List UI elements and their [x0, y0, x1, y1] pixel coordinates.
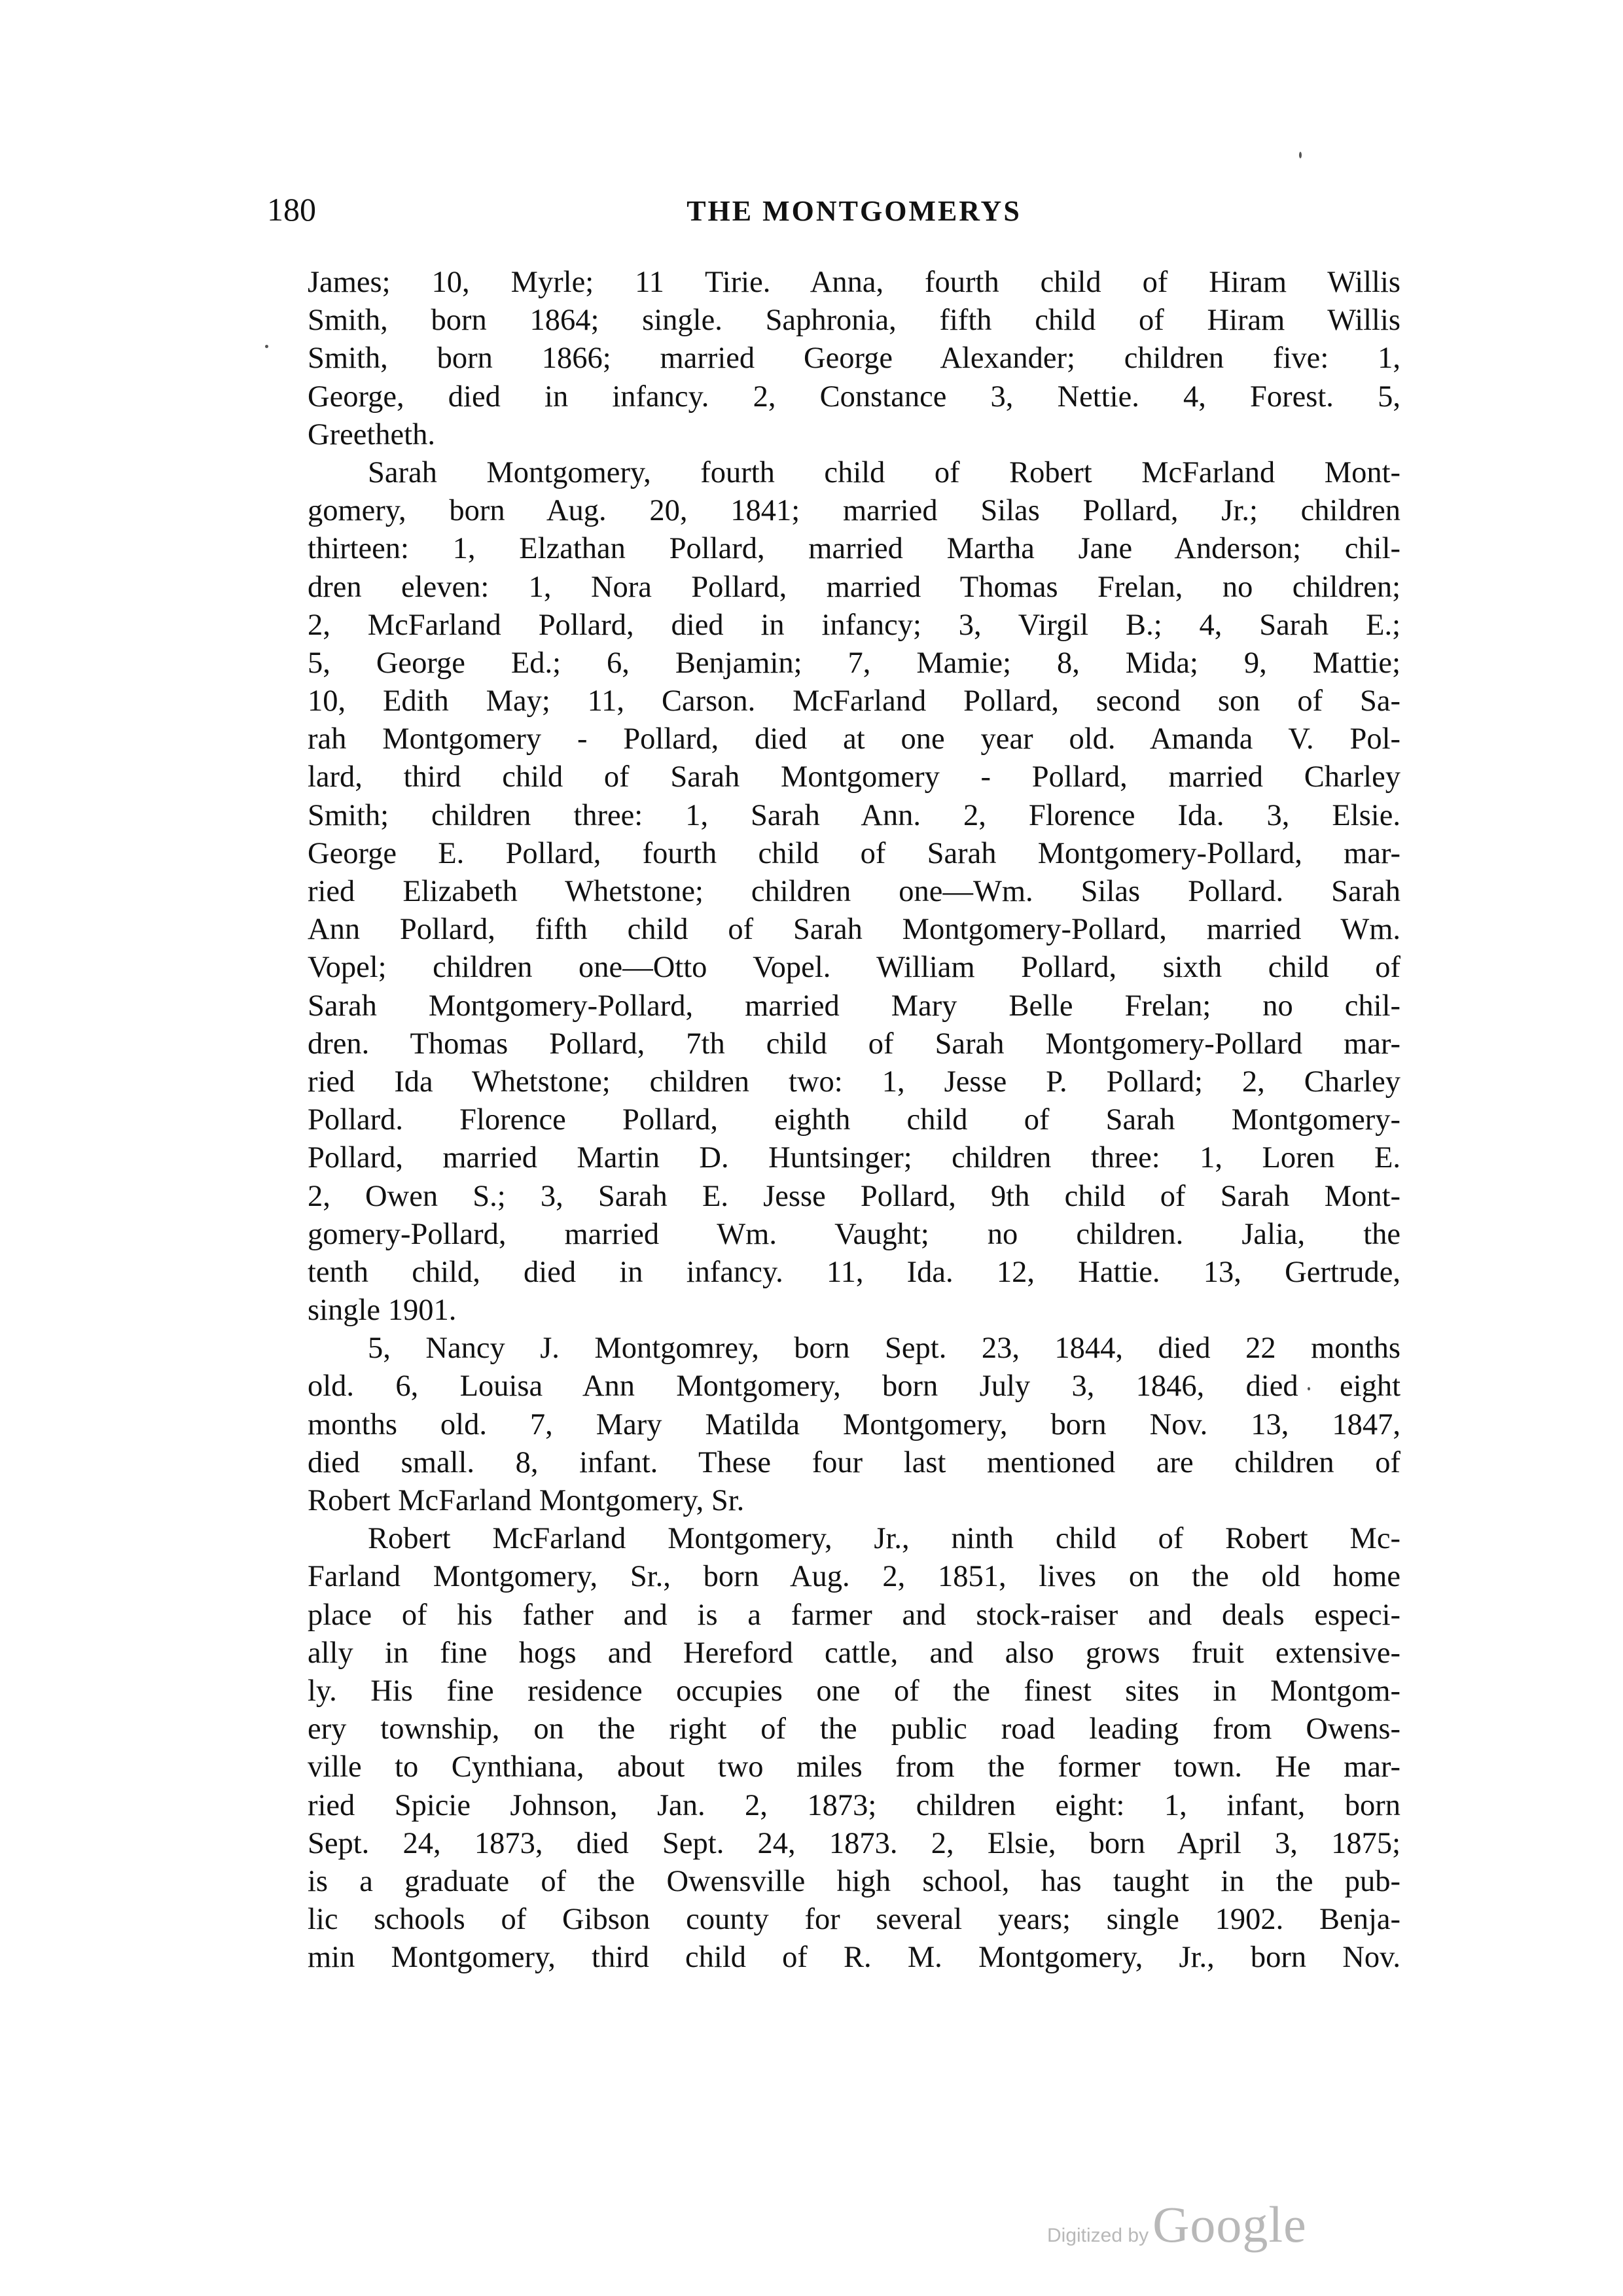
text-line: Pollard. Florence Pollard, eighth child …: [308, 1101, 1400, 1139]
text-line: lard, third child of Sarah Montgomery - …: [308, 758, 1400, 796]
text-line: single 1901.: [308, 1292, 1400, 1330]
text-line: is a graduate of the Owensville high sch…: [308, 1863, 1400, 1901]
google-logo: Google: [1152, 2196, 1307, 2253]
text-line: Greetheth.: [308, 416, 1400, 454]
text-line: died small. 8, infant. These four last m…: [308, 1444, 1400, 1482]
scan-speck: [1299, 152, 1302, 158]
text-line: dren. Thomas Pollard, 7th child of Sarah…: [308, 1025, 1400, 1063]
text-line: ried Ida Whetstone; children two: 1, Jes…: [308, 1063, 1400, 1101]
text-line: 2, Owen S.; 3, Sarah E. Jesse Pollard, 9…: [308, 1178, 1400, 1216]
scan-speck: [265, 345, 268, 348]
text-line: ly. His fine residence occupies one of t…: [308, 1672, 1400, 1710]
text-line: rah Montgomery - Pollard, died at one ye…: [308, 720, 1400, 758]
text-line: tenth child, died in infancy. 11, Ida. 1…: [308, 1254, 1400, 1292]
text-line: 2, McFarland Pollard, died in infancy; 3…: [308, 607, 1400, 645]
text-line: Smith; children three: 1, Sarah Ann. 2, …: [308, 797, 1400, 835]
text-line: ried Spicie Johnson, Jan. 2, 1873; child…: [308, 1787, 1400, 1825]
text-line: 5, Nancy J. Montgomrey, born Sept. 23, 1…: [308, 1330, 1400, 1368]
text-line: ried Elizabeth Whetstone; children one—W…: [308, 873, 1400, 911]
text-line: James; 10, Myrle; 11 Tirie. Anna, fourth…: [308, 264, 1400, 302]
text-line: lic schools of Gibson county for several…: [308, 1901, 1400, 1939]
text-line: 10, Edith May; 11, Carson. McFarland Pol…: [308, 682, 1400, 720]
text-line: Smith, born 1864; single. Saphronia, fif…: [308, 302, 1400, 340]
text-line: gomery-Pollard, married Wm. Vaught; no c…: [308, 1216, 1400, 1254]
text-line: Robert McFarland Montgomery, Sr.: [308, 1482, 1400, 1520]
body-text: James; 10, Myrle; 11 Tirie. Anna, fourth…: [308, 264, 1400, 1977]
text-line: ville to Cynthiana, about two miles from…: [308, 1748, 1400, 1786]
text-line: Sarah Montgomery-Pollard, married Mary B…: [308, 987, 1400, 1025]
running-title: THE MONTGOMERYS: [308, 192, 1400, 231]
text-line: Sarah Montgomery, fourth child of Robert…: [308, 454, 1400, 492]
watermark-prefix: Digitized by: [1047, 2225, 1149, 2246]
text-line: months old. 7, Mary Matilda Montgomery, …: [308, 1406, 1400, 1444]
text-line: Pollard, married Martin D. Huntsinger; c…: [308, 1139, 1400, 1177]
text-line: 5, George Ed.; 6, Benjamin; 7, Mamie; 8,…: [308, 645, 1400, 682]
text-line: George E. Pollard, fourth child of Sarah…: [308, 835, 1400, 873]
text-line: min Montgomery, third child of R. M. Mon…: [308, 1939, 1400, 1977]
text-line: Farland Montgomery, Sr., born Aug. 2, 18…: [308, 1558, 1400, 1596]
text-line: Ann Pollard, fifth child of Sarah Montgo…: [308, 911, 1400, 949]
text-line: George, died in infancy. 2, Constance 3,…: [308, 378, 1400, 416]
text-line: old. 6, Louisa Ann Montgomery, born July…: [308, 1368, 1400, 1405]
digitized-watermark: Digitized byGoogle: [1047, 2195, 1307, 2254]
scan-speck: [1308, 1387, 1310, 1390]
text-line: Vopel; children one—Otto Vopel. William …: [308, 949, 1400, 987]
text-line: ally in fine hogs and Hereford cattle, a…: [308, 1634, 1400, 1672]
text-line: Sept. 24, 1873, died Sept. 24, 1873. 2, …: [308, 1825, 1400, 1863]
text-line: Smith, born 1866; married George Alexand…: [308, 340, 1400, 378]
text-line: Robert McFarland Montgomery, Jr., ninth …: [308, 1520, 1400, 1558]
text-line: gomery, born Aug. 20, 1841; married Sila…: [308, 492, 1400, 530]
text-line: dren eleven: 1, Nora Pollard, married Th…: [308, 569, 1400, 607]
text-line: place of his father and is a farmer and …: [308, 1597, 1400, 1634]
text-line: thirteen: 1, Elzathan Pollard, married M…: [308, 530, 1400, 568]
text-line: ery township, on the right of the public…: [308, 1710, 1400, 1748]
